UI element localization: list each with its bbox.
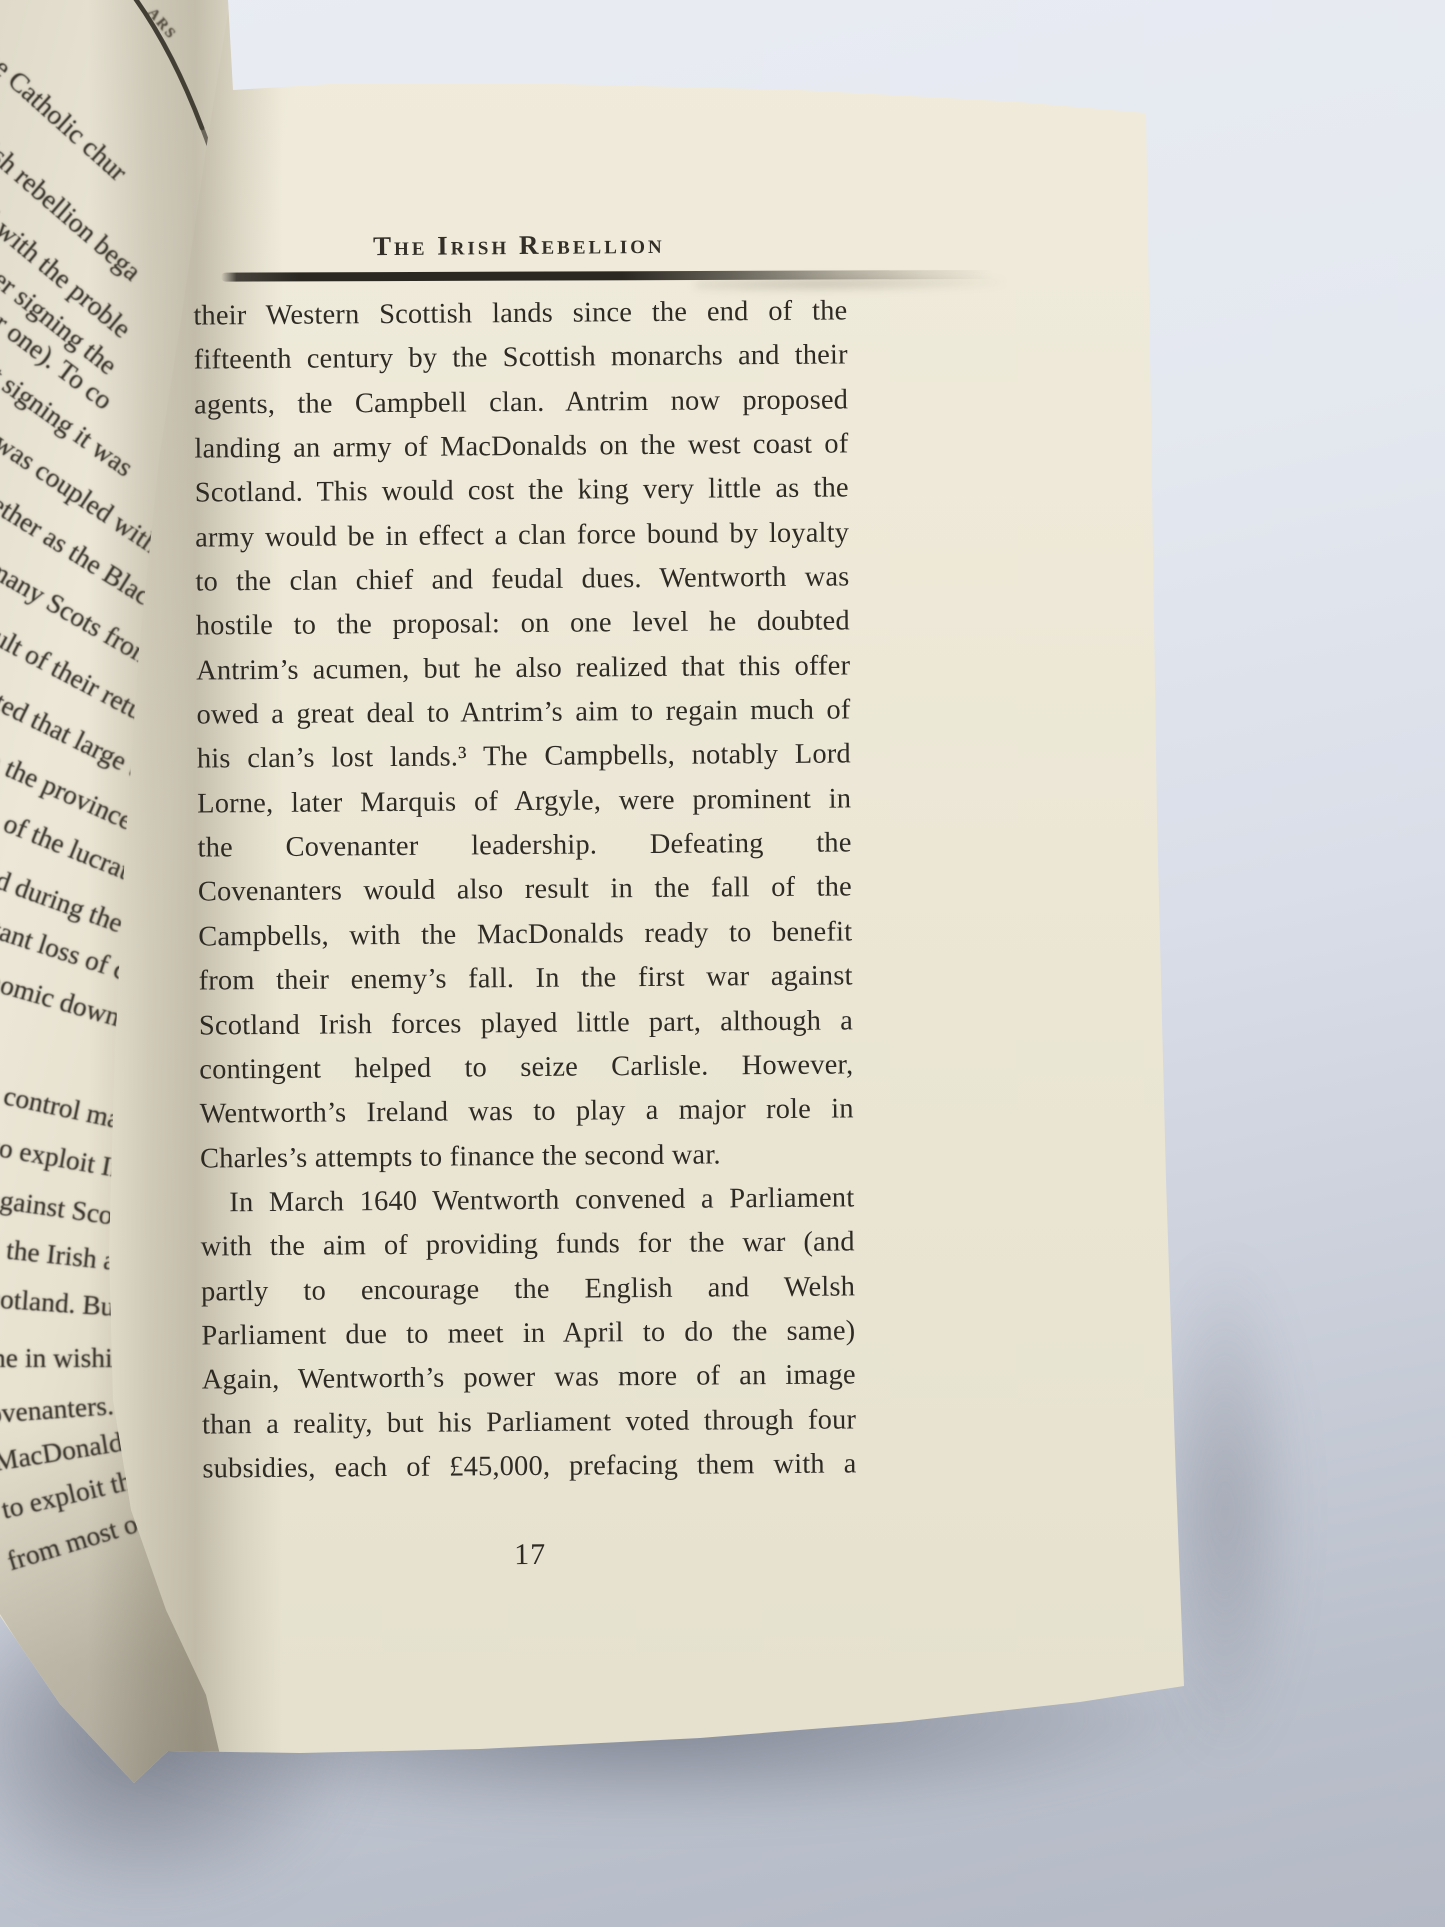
text-line: partly to encourage the English and Wels…	[201, 1265, 855, 1314]
text-line: Parliament due to meet in April to do th…	[201, 1309, 855, 1358]
text-line: Wentworth’s Ireland was to play a major …	[200, 1088, 854, 1137]
text-line: than a reality, but his Parliament voted…	[202, 1398, 856, 1447]
text-line: from their enemy’s fall. In the first wa…	[198, 955, 852, 1004]
text-line: fifteenth century by the Scottish monarc…	[194, 334, 848, 383]
text-line: the Covenanter leadership. Defeating the	[197, 822, 851, 871]
text-line: Scotland. This would cost the king very …	[195, 467, 849, 516]
open-book: ARS he Catholic chur tish rebellion bega…	[0, 0, 1250, 1815]
text-line: contingent helped to seize Carlisle. How…	[199, 1043, 853, 1092]
right-page-content: The Irish Rebellion their Western Scotti…	[0, 0, 1257, 1819]
text-line: Antrim’s acumen, but he also realized th…	[196, 644, 850, 693]
text-line: Campbells, with the MacDonalds ready to …	[198, 910, 852, 959]
text-line: hostile to the proposal: on one level he…	[196, 600, 850, 649]
text-line: Again, Wentworth’s power was more of an …	[202, 1354, 856, 1403]
text-line: his clan’s lost lands.³ The Campbells, n…	[197, 733, 851, 782]
book-photo: ARS he Catholic chur tish rebellion bega…	[0, 0, 1445, 1927]
text-line: owed a great deal to Antrim’s aim to reg…	[196, 688, 850, 737]
text-line: army would be in effect a clan force bou…	[195, 511, 849, 560]
text-line: subsidies, each of £45,000, prefacing th…	[202, 1442, 856, 1491]
running-head: The Irish Rebellion	[193, 227, 845, 263]
text-line: In March 1640 Wentworth convened a Parli…	[200, 1176, 854, 1225]
text-line: Scotland Irish forces played little part…	[199, 999, 853, 1048]
text-line: agents, the Campbell clan. Antrim now pr…	[194, 378, 848, 427]
text-line: Covenanters would also result in the fal…	[198, 866, 852, 915]
text-line: to the clan chief and feudal dues. Wentw…	[195, 555, 849, 604]
text-line: landing an army of MacDonalds on the wes…	[194, 422, 848, 471]
text-line: their Western Scottish lands since the e…	[193, 289, 847, 338]
body-text: their Western Scottish lands since the e…	[193, 289, 856, 1491]
text-line: Charles’s attempts to finance the second…	[200, 1132, 854, 1181]
page-number: 17	[203, 1535, 857, 1574]
text-line: with the aim of providing funds for the …	[201, 1221, 855, 1270]
text-line: Lorne, later Marquis of Argyle, were pro…	[197, 777, 851, 826]
